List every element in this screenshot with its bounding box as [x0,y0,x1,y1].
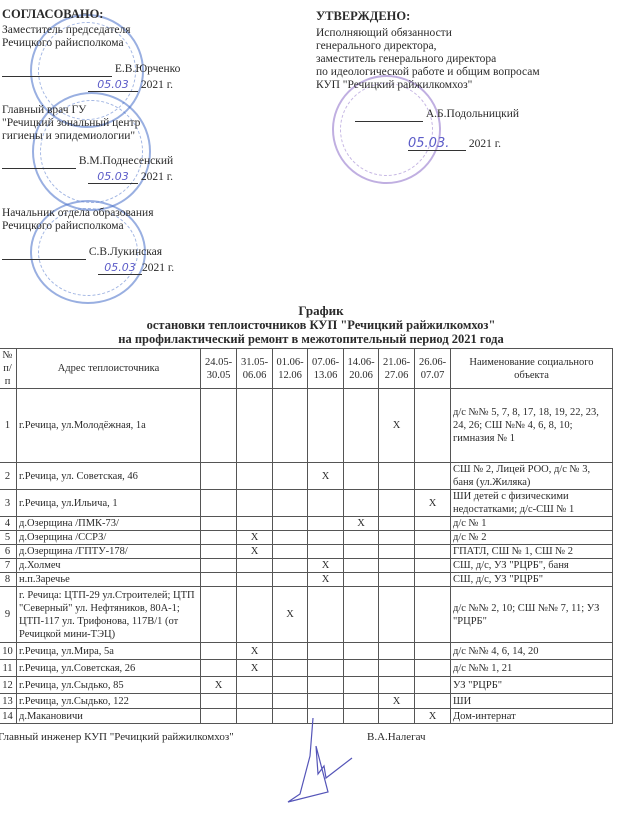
period-cell [273,517,308,531]
period-cell [415,660,451,677]
period-cell [273,694,308,709]
header-period: 24.05-30.05 [201,349,237,389]
period-cell: Х [344,517,379,531]
period-cell [344,660,379,677]
period-cell [379,677,415,694]
agreed-2-name: В.М.Поднесенский [79,155,173,167]
period-cell [237,389,273,463]
period-cell: Х [415,709,451,724]
table-row: 12г.Речица, ул.Сыдько, 85ХУЗ "РЦРБ" [0,677,613,694]
period-cell: Х [237,531,273,545]
period-cell [344,559,379,573]
period-cell [344,490,379,517]
period-cell: Х [201,677,237,694]
agreed-2-line: "Речицкий зональный центр [2,117,140,130]
approved-year: 2021 г. [469,138,501,150]
period-cell: Х [415,490,451,517]
period-cell [379,587,415,643]
row-address: д.Озерщина /ССРЗ/ [17,531,201,545]
period-cell: Х [379,389,415,463]
period-cell [344,587,379,643]
row-object: д/с №№ 4, 6, 14, 20 [451,643,613,660]
period-cell [344,677,379,694]
row-number: 11 [0,660,17,677]
period-cell [344,389,379,463]
row-number: 13 [0,694,17,709]
period-cell [273,573,308,587]
period-cell [415,517,451,531]
period-cell [308,389,344,463]
period-cell [415,531,451,545]
period-cell [344,643,379,660]
period-cell [415,573,451,587]
period-cell [379,573,415,587]
period-cell: Х [308,573,344,587]
table-row: 10г.Речица, ул.Мира, 5аХд/с №№ 4, 6, 14,… [0,643,613,660]
period-cell [237,677,273,694]
row-address: г. Речица: ЦТП-29 ул.Строителей; ЦТП "Се… [17,587,201,643]
header-period: 07.06-13.06 [308,349,344,389]
row-object: УЗ "РЦРБ" [451,677,613,694]
schedule-table: № п/п Адрес теплоисточника 24.05-30.05 3… [0,348,613,724]
period-cell [308,643,344,660]
row-address: д.Макановичи [17,709,201,724]
row-number: 12 [0,677,17,694]
period-cell [379,517,415,531]
row-address: г.Речица, ул.Мира, 5а [17,643,201,660]
header-period: 14.06-20.06 [344,349,379,389]
table-row: 7д.ХолмечХСШ, д/с, УЗ "РЦРБ", баня [0,559,613,573]
period-cell [308,694,344,709]
row-address: г.Речица, ул.Сыдько, 85 [17,677,201,694]
period-cell [379,545,415,559]
period-cell [379,559,415,573]
period-cell [308,545,344,559]
table-row: 8н.п.ЗаречьеХСШ, д/с, УЗ "РЦРБ" [0,573,613,587]
row-number: 3 [0,490,17,517]
period-cell [415,587,451,643]
period-cell [237,517,273,531]
header-address: Адрес теплоисточника [17,349,201,389]
period-cell: Х [308,559,344,573]
row-address: д.Холмеч [17,559,201,573]
row-object: ГПАТЛ, СШ № 1, СШ № 2 [451,545,613,559]
period-cell [415,545,451,559]
period-cell: Х [237,643,273,660]
approved-date-hand: 05.03. [408,137,466,151]
period-cell [415,463,451,490]
row-number: 7 [0,559,17,573]
approved-line: генерального директора, [316,40,436,53]
header-period: 21.06-27.06 [379,349,415,389]
row-address: д.Озерщина /ПМК-73/ [17,517,201,531]
footer-position: Главный инженер КУП "Речицкий райжилкомх… [0,731,234,743]
row-object: ШИ [451,694,613,709]
header-num: № п/п [0,349,17,389]
period-cell [201,587,237,643]
period-cell [273,643,308,660]
period-cell [273,559,308,573]
period-cell [344,545,379,559]
period-cell [344,531,379,545]
period-cell [415,643,451,660]
period-cell [273,490,308,517]
row-address: г.Речица, ул.Советская, 26 [17,660,201,677]
agreed-2-date-hand: 05.03 [88,170,138,184]
row-address: г.Речица, ул.Ильича, 1 [17,490,201,517]
period-cell [273,463,308,490]
period-cell [415,559,451,573]
row-number: 2 [0,463,17,490]
approved-line: КУП "Речицкий райжилкомхоз" [316,79,472,92]
period-cell [201,573,237,587]
agreed-3-date: 05.032021 г. [98,261,174,275]
period-cell [308,517,344,531]
approved-heading: УТВЕРЖДЕНО: [316,10,410,23]
row-object: СШ, д/с, УЗ "РЦРБ" [451,573,613,587]
period-cell: Х [237,660,273,677]
row-number: 14 [0,709,17,724]
table-row: 5д.Озерщина /ССРЗ/Хд/с № 2 [0,531,613,545]
row-address: г.Речица, ул.Сыдько, 122 [17,694,201,709]
period-cell [308,677,344,694]
approved-line: по идеологической работе и общим вопроса… [316,66,540,79]
period-cell [344,694,379,709]
table-body: 1г.Речица, ул.Молодёжная, 1аХд/с №№ 5, 7… [0,389,613,724]
period-cell [237,559,273,573]
row-number: 10 [0,643,17,660]
row-number: 8 [0,573,17,587]
header-period: 01.06-12.06 [273,349,308,389]
agreed-3-year: 2021 г. [142,262,174,274]
period-cell [308,531,344,545]
document-subtitle: остановки теплоисточников КУП "Речицкий … [0,318,642,332]
row-number: 5 [0,531,17,545]
agreed-3-name: С.В.Лукинская [89,246,162,258]
table-header-row: № п/п Адрес теплоисточника 24.05-30.05 3… [0,349,613,389]
approved-signature: А.Б.Подольницкий [355,108,519,122]
period-cell [273,531,308,545]
row-number: 9 [0,587,17,643]
row-object: д/с № 1 [451,517,613,531]
table-row: 9г. Речица: ЦТП-29 ул.Строителей; ЦТП "С… [0,587,613,643]
period-cell [201,643,237,660]
period-cell [379,643,415,660]
row-object: д/с №№ 2, 10; СШ №№ 7, 11; УЗ "РЦРБ" [451,587,613,643]
period-cell: Х [308,463,344,490]
agreed-3-line: Речицкого райисполкома [2,220,124,233]
period-cell [308,587,344,643]
approved-name: А.Б.Подольницкий [426,108,519,120]
period-cell [273,660,308,677]
agreed-heading: СОГЛАСОВАНО: [2,8,103,21]
period-cell [273,545,308,559]
period-cell [415,677,451,694]
agreed-2-year: 2021 г. [141,171,173,183]
period-cell [201,709,237,724]
agreed-1-line: Речицкого райисполкома [2,37,124,50]
row-address: д.Озерщина /ГПТУ-178/ [17,545,201,559]
row-object: д/с №№ 5, 7, 8, 17, 18, 19, 22, 23, 24, … [451,389,613,463]
period-cell [237,573,273,587]
agreed-2-line: гигиены и эпидемиологии" [2,130,135,143]
period-cell [201,463,237,490]
agreed-1-signature: Е.В.Юрченко [2,63,180,77]
period-cell [415,694,451,709]
period-cell [308,490,344,517]
period-cell [273,389,308,463]
period-cell [379,709,415,724]
period-cell [237,694,273,709]
row-object: ШИ детей с физическими недостатками; д/с… [451,490,613,517]
row-object: СШ № 2, Лицей РОО, д/с № 3, баня (ул.Жил… [451,463,613,490]
period-cell: Х [273,587,308,643]
period-cell [379,490,415,517]
row-number: 1 [0,389,17,463]
table-row: 4д.Озерщина /ПМК-73/Хд/с № 1 [0,517,613,531]
period-cell [237,709,273,724]
agreed-3-signature: С.В.Лукинская [2,246,162,260]
period-cell [379,660,415,677]
approved-line: заместитель генерального директора [316,53,496,66]
table-row: 11г.Речица, ул.Советская, 26Хд/с №№ 1, 2… [0,660,613,677]
agreed-1-date-hand: 05.03 [88,78,138,92]
agreed-3-date-hand: 05.03 [98,261,142,275]
header-object: Наименование социального объекта [451,349,613,389]
period-cell [237,490,273,517]
approved-line: Исполняющий обязанности [316,27,452,40]
row-address: г.Речица, ул.Молодёжная, 1а [17,389,201,463]
approved-date: 05.03. 2021 г. [408,137,501,151]
row-object: СШ, д/с, УЗ "РЦРБ", баня [451,559,613,573]
agreed-2-line: Главный врач ГУ [2,104,86,117]
agreed-2-signature: В.М.Поднесенский [2,155,173,169]
table-row: 3г.Речица, ул.Ильича, 1ХШИ детей с физич… [0,490,613,517]
row-number: 6 [0,545,17,559]
row-object: д/с №№ 1, 21 [451,660,613,677]
header-period: 26.06-07.07 [415,349,451,389]
period-cell [201,490,237,517]
period-cell [273,677,308,694]
row-number: 4 [0,517,17,531]
period-cell [415,389,451,463]
period-cell [201,545,237,559]
agreed-1-year: 2021 г. [141,79,173,91]
header-period: 31.05-06.06 [237,349,273,389]
agreed-1-name: Е.В.Юрченко [115,63,181,75]
table-row: 6д.Озерщина /ГПТУ-178/ХГПАТЛ, СШ № 1, СШ… [0,545,613,559]
period-cell [201,531,237,545]
table-row: 13г.Речица, ул.Сыдько, 122ХШИ [0,694,613,709]
period-cell [201,389,237,463]
period-cell [201,559,237,573]
period-cell [201,517,237,531]
agreed-1-date: 05.03 2021 г. [88,78,173,92]
period-cell [344,463,379,490]
row-object: Дом-интернат [451,709,613,724]
table-row: 2г.Речица, ул. Советская, 46ХСШ № 2, Лиц… [0,463,613,490]
footer-name: В.А.Налегач [367,731,426,743]
period-cell [201,660,237,677]
period-cell [379,531,415,545]
document-subtitle: на профилактический ремонт в межотопител… [0,332,632,346]
agreed-2-date: 05.03 2021 г. [88,170,173,184]
agreed-1-line: Заместитель председателя [2,24,131,37]
period-cell: Х [379,694,415,709]
agreed-3-line: Начальник отдела образования [2,207,154,220]
period-cell [379,463,415,490]
period-cell [344,573,379,587]
row-address: г.Речица, ул. Советская, 46 [17,463,201,490]
period-cell [201,694,237,709]
row-object: д/с № 2 [451,531,613,545]
period-cell [308,660,344,677]
document-title: График [0,304,642,318]
period-cell [237,463,273,490]
table-row: 1г.Речица, ул.Молодёжная, 1аХд/с №№ 5, 7… [0,389,613,463]
row-address: н.п.Заречье [17,573,201,587]
period-cell [237,587,273,643]
signature-icon [280,716,360,806]
period-cell: Х [237,545,273,559]
